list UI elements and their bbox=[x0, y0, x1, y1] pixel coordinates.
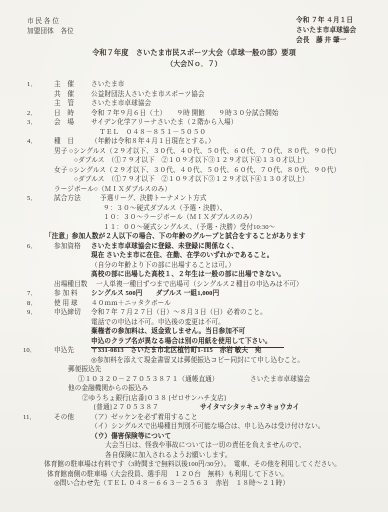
doc-line: 9．申込締切令和７年 ７月２７日（日）～８月３日（日）必着のこと。 bbox=[0, 308, 388, 318]
doc-text: 各自保険に加入されるようお願いします。 bbox=[105, 451, 232, 461]
doc-text: ４０ｍｍ＋ニッタクボール bbox=[91, 299, 171, 309]
doc-text: ◎問い合わせ先（ＴＥＬ ０４８－６６３－２５６３ 赤岩 １８時～２１時） bbox=[54, 479, 289, 489]
issuer-block: 令和 ７年 ４月１日 さいたま市卓球協会 会長 藤 井 肇一 bbox=[296, 16, 356, 46]
doc-text: 10． bbox=[23, 346, 37, 356]
doc-text: 3． bbox=[27, 118, 37, 128]
doc-line: 郵便振込先 bbox=[0, 365, 388, 375]
doc-text: 参加資格 bbox=[54, 242, 81, 252]
doc-text: 「注意」参加人数が２人以下の場合、下の年齢のグループと試合をすることがあります bbox=[45, 232, 306, 242]
doc-text: 一人単複一種目ずつまで出場可（シングルス２種目の申込みは不可） bbox=[96, 280, 303, 290]
doc-line: 8．使 用 球４０ｍｍ＋ニッタクボール bbox=[0, 299, 388, 309]
doc-text: 共 催 bbox=[54, 90, 74, 100]
issue-date: 令和 ７年 ４月１日 bbox=[296, 16, 356, 26]
doc-line: ９：３０～硬式ダブルス（予選・決勝）、 bbox=[0, 204, 388, 214]
doc-text: 主 管 bbox=[54, 99, 74, 109]
doc-text: 郵便振込先 bbox=[68, 365, 101, 375]
doc-line: ①１０３２０－２７０５３８７１（通帳直通）さいたま市卓球協会 bbox=[0, 375, 388, 385]
doc-text: 8． bbox=[27, 299, 37, 309]
doc-text: 種 目 bbox=[54, 137, 74, 147]
doc-text: （自分の年齢より下の部に出場することは可。） bbox=[91, 261, 235, 271]
doc-line: 6．参加資格さいたま市卓球協会に登録、未登録に関係なく、 bbox=[0, 242, 388, 252]
doc-text: 体育館南側の駐車場（大会役員、選手用 １２０台 無料）も利用して下さい。 bbox=[47, 470, 288, 480]
doc-text: ラージボール○（ＭＩＸダブルスのみ） bbox=[54, 185, 171, 195]
doc-text: ○ダブルス （①７９才以下 ②１０９才以下③１２９才以下④１３０才以上） bbox=[74, 175, 309, 185]
doc-text: さいたま市卓球協会 bbox=[91, 99, 151, 109]
doc-line: 申込のクラブ名が異なる場合は別の用紙を使用して下さい。 bbox=[0, 337, 388, 347]
doc-text: 2． bbox=[27, 109, 37, 119]
doc-text: さいたま市卓球協会に登録、未登録に関係なく、 bbox=[91, 242, 238, 252]
doc-line: （イ）シングルスで出場種目判別不可能な場合は、申し込みは受け付けない。 bbox=[0, 422, 388, 432]
doc-text: （ウ）傷害保険等について bbox=[91, 432, 171, 442]
document-page: 市 民 各 位 加盟団体 各位 令和 ７年 ４月１日 さいたま市卓球協会 会長 … bbox=[0, 0, 388, 512]
doc-line: 11．その他（ア）ゼッケンを必ず着用すること bbox=[0, 413, 388, 423]
doc-text: 6． bbox=[27, 242, 37, 252]
doc-text: ９：３０～硬式ダブルス（予選・決勝）、 bbox=[103, 204, 226, 214]
doc-line: 主 管さいたま市卓球協会 bbox=[0, 99, 388, 109]
doc-line: ◎問い合わせ先（ＴＥＬ ０４８－６６３－２５６３ 赤岩 １８時～２１時） bbox=[0, 479, 388, 489]
doc-line: ラージボール○（ＭＩＸダブルスのみ） bbox=[0, 185, 388, 195]
doc-line: 棄権者の参加料は、返金致しません。当日参加不可 bbox=[0, 327, 388, 337]
doc-line: 2．日 時令和 ７年９月６日（土） ９時 開館 ９時３０分試合開始 bbox=[0, 109, 388, 119]
doc-text: 令和 ７年９月６日（土） ９時 開館 ９時３０分試合開始 bbox=[91, 109, 279, 119]
doc-line: １１：００～硬式シングルス、（予選・決勝）受付10:30～ bbox=[0, 223, 388, 233]
doc-text: [普通]２７０５３８７ bbox=[94, 403, 159, 413]
doc-text: 予選リーグ、決勝トーナメント方式 bbox=[100, 194, 207, 204]
doc-text: 〒331-0813 さいたま市北区植竹町1-115 赤岩 敏夫 宛 bbox=[91, 346, 262, 356]
issuer-org: さいたま市卓球協会 bbox=[296, 26, 356, 36]
doc-text: 7． bbox=[27, 289, 37, 299]
doc-text: 1． bbox=[27, 80, 37, 90]
doc-text: シングルス 500円 ダブルス 一組1,000円 bbox=[91, 289, 219, 299]
doc-text: 現在 さいたま市に在住、在勤、在学のいずれかであること。 bbox=[91, 251, 273, 261]
doc-line: 3．会 場サイデン化学アリーナさいたま（２階から入場） bbox=[0, 118, 388, 128]
doc-text: 女子 ○シングルス（２９才以下、３０代、４０代、５０代、６０代、７０代、８０代、… bbox=[54, 166, 340, 176]
doc-text: 申込先 bbox=[54, 346, 74, 356]
doc-text: 男子 ○シングルス（２９才以下、３０代、４０代、５０代、６０代、７０代、８０代、… bbox=[54, 147, 340, 157]
doc-text: 棄権者の参加料は、返金致しません。当日参加不可 bbox=[91, 327, 245, 337]
doc-text: 電話での申込は不可。申込後の変更は不可。 bbox=[91, 318, 225, 328]
issuer-president: 会長 藤 井 肇一 bbox=[296, 36, 356, 46]
doc-text: ◎参加料を添えて現金書留又は郵便振込コピー同封にて申し込むこと。 bbox=[91, 356, 304, 366]
doc-line: 男子 ○シングルス（２９才以下、３０代、４０代、５０代、６０代、７０代、８０代、… bbox=[0, 147, 388, 157]
doc-line: １０：３０～ラージボール（ＭＩＸダブルスのみ） bbox=[0, 213, 388, 223]
doc-text: １１：００～硬式シングルス、（予選・決勝）受付10:30～ bbox=[103, 223, 275, 233]
doc-line: 女子 ○シングルス（２９才以下、３０代、４０代、５０代、６０代、７０代、８０代、… bbox=[0, 166, 388, 176]
doc-text: 4． bbox=[27, 137, 37, 147]
doc-text: 体育館の駐車場は有料です（3時間まで無料以後100円/30分）。 電車、その他を… bbox=[44, 460, 341, 470]
doc-line: [普通]２７０５３８７サイタマシタッキュウキョウカイ bbox=[0, 403, 388, 413]
doc-text: 高校の部に出場した高校１、２年生は一般の部に出場できない。 bbox=[91, 270, 285, 280]
doc-line: 大会当日は、怪我や事故については一切の責任を負えませんので、 bbox=[0, 441, 388, 451]
doc-text: 他の金融機関からの振込み bbox=[68, 384, 148, 394]
doc-line: 7．参 加 料シングルス 500円 ダブルス 一組1,000円 bbox=[0, 289, 388, 299]
doc-text: 出場種目数 bbox=[54, 280, 87, 290]
doc-text: 大会当日は、怪我や事故については一切の責任を負えませんので、 bbox=[105, 441, 306, 451]
doc-line: 現在 さいたま市に在住、在勤、在学のいずれかであること。 bbox=[0, 251, 388, 261]
doc-line: 電話での申込は不可。申込後の変更は不可。 bbox=[0, 318, 388, 328]
doc-text: １０：３０～ラージボール（ＭＩＸダブルスのみ） bbox=[103, 213, 256, 223]
document-body: 1．主 催さいたま市共 催公益財団法人さいたま市スポーツ協会主 管さいたま市卓球… bbox=[0, 80, 388, 489]
doc-line: （ウ）傷害保険等について bbox=[0, 432, 388, 442]
document-title: 令和７年度 さいたま市民スポーツ大会（卓球一般の部）要項 bbox=[0, 49, 388, 59]
tournament-number: （大会Ｎｏ．７） bbox=[0, 60, 388, 70]
doc-text: 使 用 球 bbox=[54, 299, 78, 309]
doc-line: 体育館南側の駐車場（大会役員、選手用 １２０台 無料）も利用して下さい。 bbox=[0, 470, 388, 480]
doc-text: 試合方法 bbox=[54, 194, 81, 204]
doc-line: 高校の部に出場した高校１、２年生は一般の部に出場できない。 bbox=[0, 270, 388, 280]
doc-line: ○ダブルス （①７９才以下 ②１０９才以下③１２９才以下④１３０才以上） bbox=[0, 175, 388, 185]
doc-text: 11． bbox=[23, 413, 36, 423]
doc-text: 主 催 bbox=[54, 80, 74, 90]
doc-text: 9． bbox=[27, 308, 37, 318]
doc-text: さいたま市卓球協会 bbox=[250, 375, 310, 385]
doc-text: 5． bbox=[27, 194, 37, 204]
doc-text: （ア）ゼッケンを必ず着用すること bbox=[91, 413, 198, 423]
recipient-line: 市 民 各 位 bbox=[27, 17, 74, 27]
doc-line: 体育館の駐車場は有料です（3時間まで無料以後100円/30分）。 電車、その他を… bbox=[0, 460, 388, 470]
doc-line: ②ゆうちょ銀行[店番]０３８ [ゼロサンハチ支店] bbox=[0, 394, 388, 404]
doc-text: ＴＥＬ ０４８－８５１－５０５０ bbox=[99, 128, 206, 138]
doc-line: 出場種目数一人単複一種目ずつまで出場可（シングルス２種目の申込みは不可） bbox=[0, 280, 388, 290]
doc-line: ○ダブルス （①７９才以下 ②１０９才以下③１２９才以下④１３０才以上） bbox=[0, 156, 388, 166]
doc-text: 公益財団法人さいたま市スポーツ協会 bbox=[91, 90, 205, 100]
doc-text: ②ゆうちょ銀行[店番]０３８ [ゼロサンハチ支店] bbox=[82, 394, 226, 404]
doc-text: ○ダブルス （①７９才以下 ②１０９才以下③１２９才以下④１３０才以上） bbox=[74, 156, 309, 166]
doc-text: 申込締切 bbox=[54, 308, 81, 318]
doc-text: （イ）シングルスで出場種目判別不可能な場合は、申し込みは受け付けない。 bbox=[91, 422, 325, 432]
doc-line: ◎参加料を添えて現金書留又は郵便振込コピー同封にて申し込むこと。 bbox=[0, 356, 388, 366]
doc-line: 5．試合方法予選リーグ、決勝トーナメント方式 bbox=[0, 194, 388, 204]
doc-line: 共 催公益財団法人さいたま市スポーツ協会 bbox=[0, 90, 388, 100]
doc-text: その他 bbox=[54, 413, 74, 423]
doc-line: 「注意」参加人数が２人以下の場合、下の年齢のグループと試合をすることがあります bbox=[0, 232, 388, 242]
doc-line: 10．申込先〒331-0813 さいたま市北区植竹町1-115 赤岩 敏夫 宛 bbox=[0, 346, 388, 356]
doc-line: 1．主 催さいたま市 bbox=[0, 80, 388, 90]
doc-text: （年齢は令和８年４月１日現在とする。） bbox=[91, 137, 215, 147]
doc-text: サイタマシタッキュウキョウカイ bbox=[200, 403, 299, 413]
doc-line: （自分の年齢より下の部に出場することは可。） bbox=[0, 261, 388, 271]
doc-text: さいたま市 bbox=[91, 80, 124, 90]
doc-line: 他の金融機関からの振込み bbox=[0, 384, 388, 394]
doc-text: 会 場 bbox=[54, 118, 74, 128]
doc-text: 日 時 bbox=[54, 109, 74, 119]
doc-line: 各自保険に加入されるようお願いします。 bbox=[0, 451, 388, 461]
doc-text: 参 加 料 bbox=[54, 289, 78, 299]
doc-text: サイデン化学アリーナさいたま（２階から入場） bbox=[91, 118, 237, 128]
doc-text: 令和７年 ７月２７日（日）～８月３日（日）必着のこと。 bbox=[91, 308, 267, 318]
recipient-block: 市 民 各 位 加盟団体 各位 bbox=[27, 17, 74, 37]
doc-line: 4．種 目（年齢は令和８年４月１日現在とする。） bbox=[0, 137, 388, 147]
doc-text: ①１０３２０－２７０５３８７１（通帳直通） bbox=[78, 375, 219, 385]
doc-line: ＴＥＬ ０４８－８５１－５０５０ bbox=[0, 128, 388, 138]
recipient-line: 加盟団体 各位 bbox=[27, 27, 74, 37]
title-block: 令和７年度 さいたま市民スポーツ大会（卓球一般の部）要項 （大会Ｎｏ．７） bbox=[0, 49, 388, 70]
